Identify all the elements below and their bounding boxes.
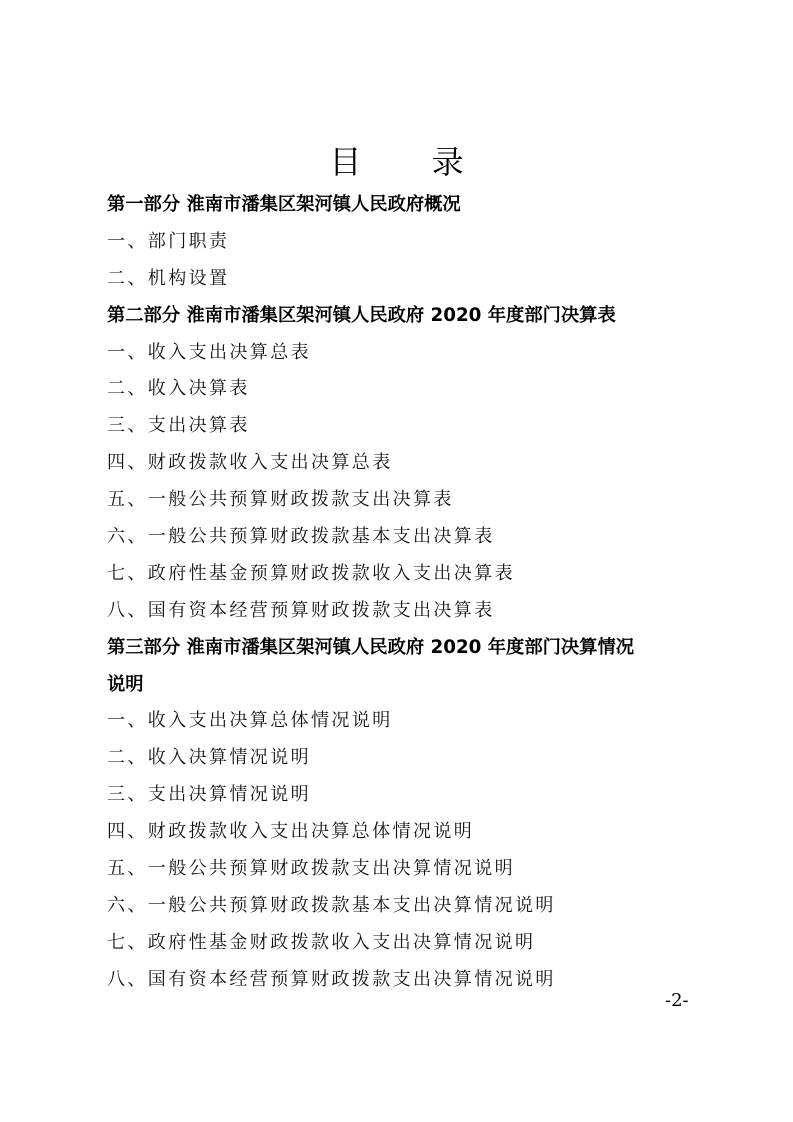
toc-item: 六、一般公共预算财政拨款基本支出决算情况说明 [107,888,707,925]
toc-item: 五、一般公共预算财政拨款支出决算情况说明 [107,851,707,888]
toc-item: 三、支出决算表 [107,408,707,445]
toc-item: 一、收入支出决算总表 [107,335,707,372]
toc-item: 四、财政拨款收入支出决算总表 [107,445,707,482]
toc-item: 三、支出决算情况说明 [107,777,707,814]
toc-item: 六、一般公共预算财政拨款基本支出决算表 [107,519,707,556]
toc-item: 七、政府性基金预算财政拨款收入支出决算表 [107,556,707,593]
page-number: -2- [665,990,689,1011]
toc-item: 五、一般公共预算财政拨款支出决算表 [107,482,707,519]
toc-item: 二、收入决算表 [107,371,707,408]
toc-item: 七、政府性基金财政拨款收入支出决算情况说明 [107,925,707,962]
part1-heading: 第一部分 淮南市潘集区架河镇人民政府概况 [107,187,707,224]
toc-item: 八、国有资本经营预算财政拨款支出决算表 [107,593,707,630]
part3-heading-continued: 说明 [107,667,707,704]
toc-item: 八、国有资本经营预算财政拨款支出决算情况说明 [107,962,707,999]
document-title: 目 录 [0,140,793,184]
toc-item: 二、机构设置 [107,261,707,298]
toc-item: 二、收入决算情况说明 [107,740,707,777]
table-of-contents: 第一部分 淮南市潘集区架河镇人民政府概况 一、部门职责 二、机构设置 第二部分 … [107,187,707,999]
toc-item: 四、财政拨款收入支出决算总体情况说明 [107,814,707,851]
part3-heading: 第三部分 淮南市潘集区架河镇人民政府 2020 年度部门决算情况 [107,630,707,667]
part2-heading: 第二部分 淮南市潘集区架河镇人民政府 2020 年度部门决算表 [107,298,707,335]
toc-item: 一、收入支出决算总体情况说明 [107,703,707,740]
toc-item: 一、部门职责 [107,224,707,261]
